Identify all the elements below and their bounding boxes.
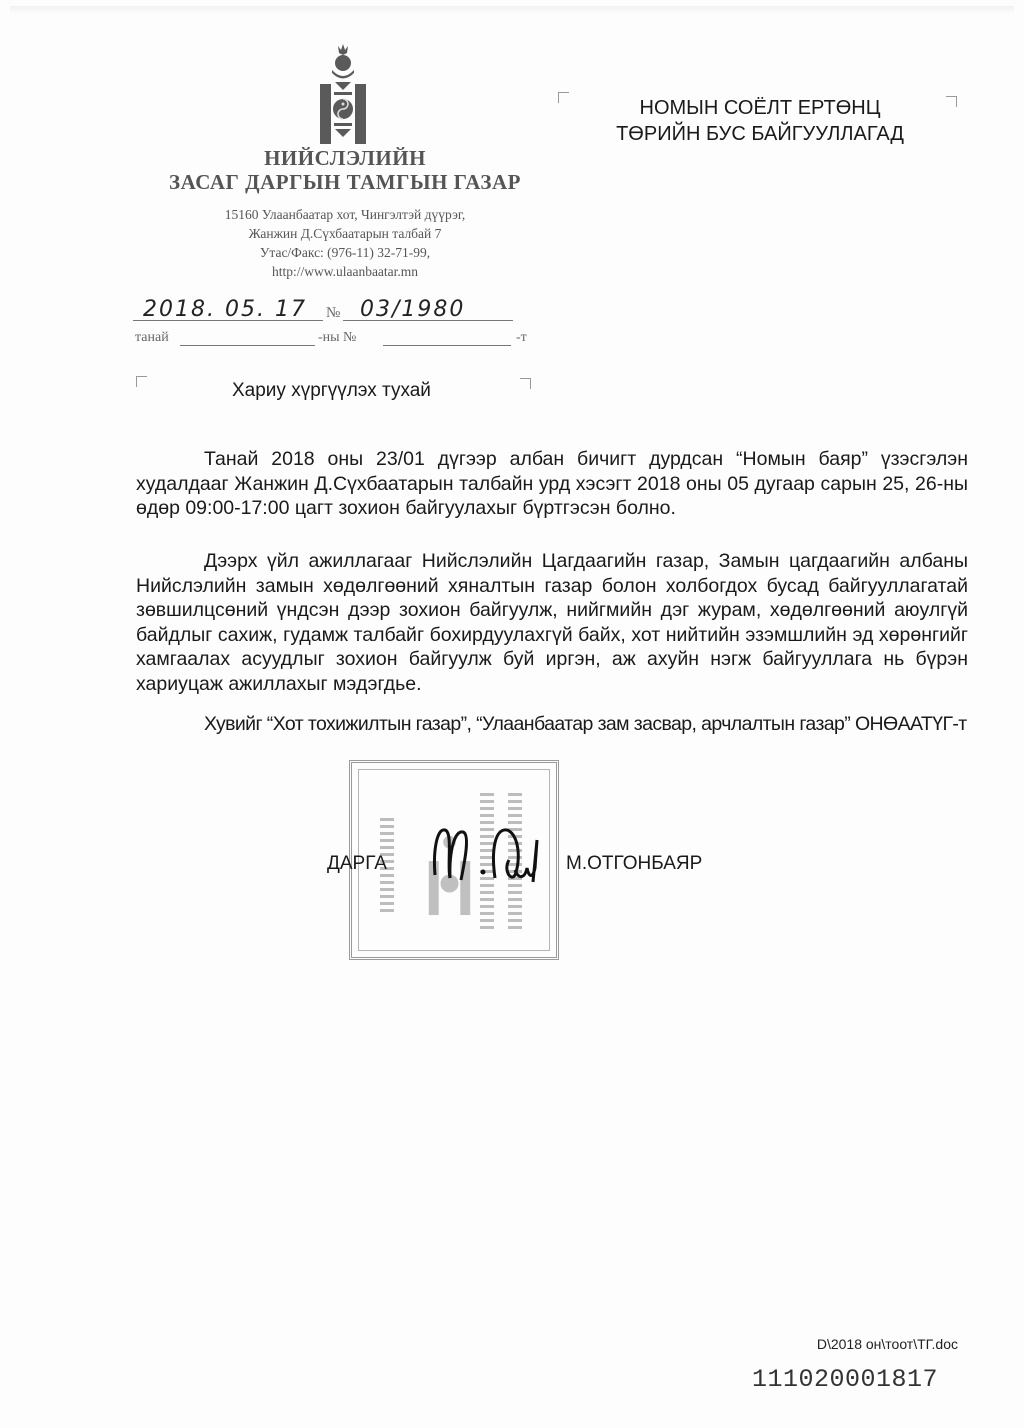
soyombo-emblem-icon: [318, 42, 368, 147]
org-name-line2: ЗАСАГ ДАРГЫН ТАМГЫН ГАЗАР: [130, 170, 560, 195]
your-number-rule: [383, 345, 511, 346]
address-line: 15160 Улаанбаатар хот, Чингэлтэй дүүрэг,: [130, 205, 560, 224]
org-name-line1: НИЙСЛЭЛИЙН: [130, 146, 560, 171]
recipient-line2: ТӨРИЙН БУС БАЙГУУЛЛАГАД: [600, 121, 920, 147]
document-page: НИЙСЛЭЛИЙН ЗАСАГ ДАРГЫН ТАМГЫН ГАЗАР 151…: [0, 0, 1024, 1428]
your-date-rule: [180, 345, 315, 346]
t-suffix: -т: [516, 330, 527, 346]
number-rule: [343, 320, 513, 321]
number-sign: №: [326, 305, 340, 322]
copy-to-paragraph: Хувийг “Хот тохижилтын газар”, “Улаанбаа…: [136, 712, 968, 737]
address-line: Жанжин Д.Сүхбаатарын талбай 7: [130, 224, 560, 243]
scan-edge: [10, 6, 1014, 14]
handwritten-number: 03/1980: [360, 297, 465, 322]
body-paragraph-2: Дээрх үйл ажиллагааг Нийслэлийн Цагдааги…: [136, 549, 968, 696]
handwritten-signature-icon: [425, 820, 555, 890]
corner-mark: [520, 378, 531, 389]
corner-mark: [558, 92, 569, 103]
subject-line: Хариу хүргүүлэх тухай: [232, 380, 431, 402]
signer-name: М.ОТГОНБАЯР: [566, 853, 702, 875]
ny-number-label: -ны №: [318, 330, 356, 346]
signer-title: ДАРГА: [327, 853, 387, 875]
corner-mark: [946, 96, 957, 107]
date-rule: [133, 320, 323, 321]
corner-mark: [136, 376, 147, 387]
phone-fax-line: Утас/Факс: (976-11) 32-71-99,: [130, 243, 560, 262]
website-link[interactable]: http://www.ulaanbaatar.mn: [130, 262, 560, 281]
your-label: танай: [135, 330, 169, 346]
file-path: D\2018 он\тоот\ТГ.doc: [817, 1336, 958, 1352]
serial-number: 111020001817: [752, 1365, 938, 1394]
body-paragraph-1: Танай 2018 оны 23/01 дүгээр албан бичигт…: [136, 447, 968, 521]
recipient-line1: НОМЫН СОЁЛТ ЕРТӨНЦ: [600, 95, 920, 121]
handwritten-date: 2018. 05. 17: [143, 297, 307, 322]
